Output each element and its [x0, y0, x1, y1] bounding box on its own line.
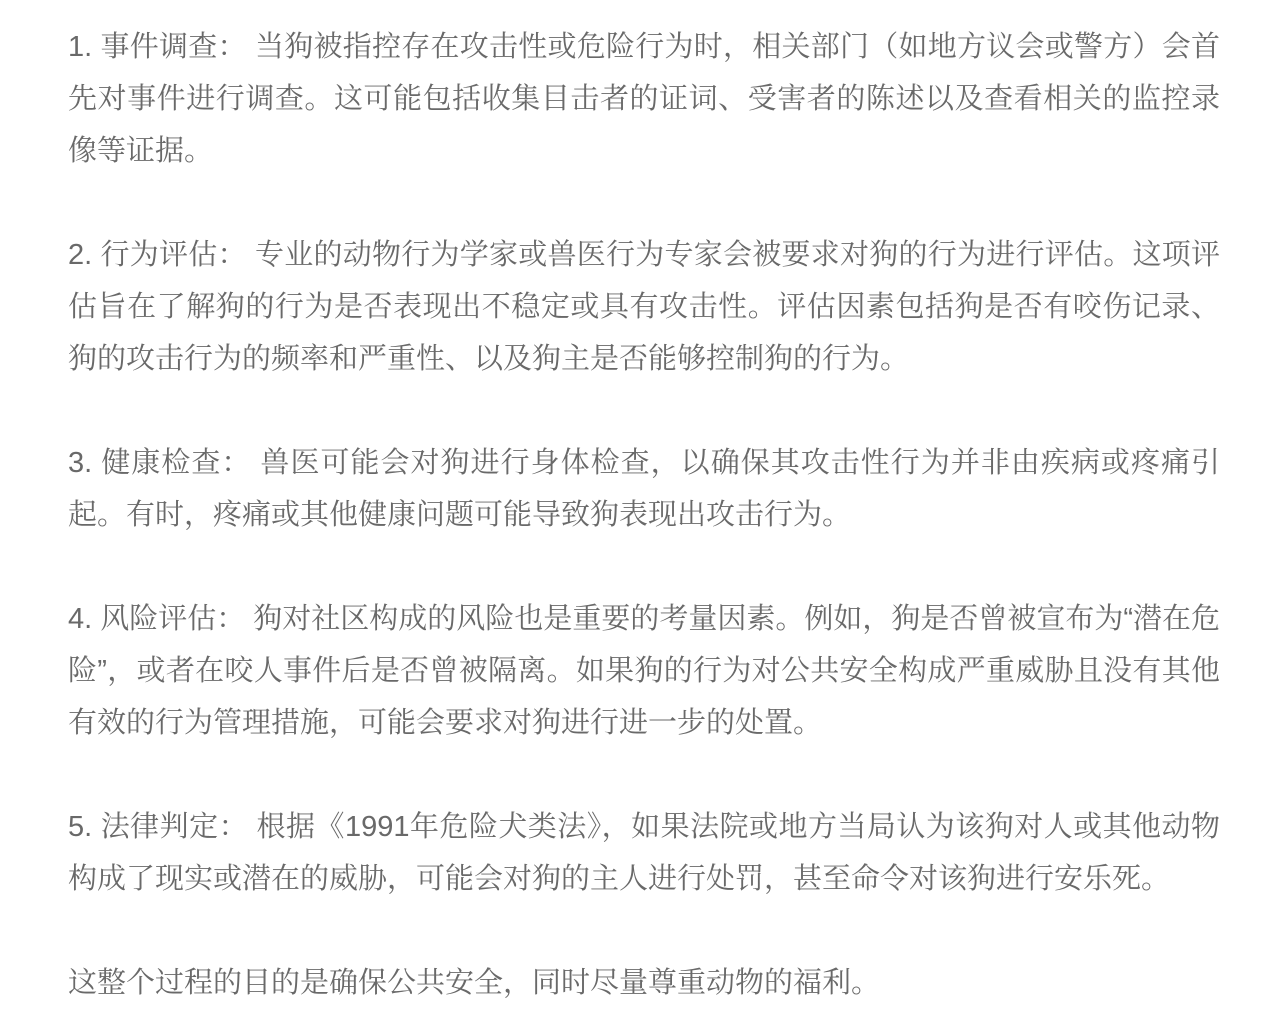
- numbered-item-3-health-check: 3. 健康检查： 兽医可能会对狗进行身体检查，以确保其攻击性行为并非由疾病或疼痛…: [68, 437, 1220, 541]
- closing-paragraph: 这整个过程的目的是确保公共安全，同时尽量尊重动物的福利。: [68, 957, 1220, 1009]
- numbered-item-4-risk-assessment: 4. 风险评估： 狗对社区构成的风险也是重要的考量因素。例如，狗是否曾被宣布为“…: [68, 593, 1220, 749]
- numbered-item-2-behavior-assessment: 2. 行为评估： 专业的动物行为学家或兽医行为专家会被要求对狗的行为进行评估。这…: [68, 229, 1220, 385]
- document-page: 1. 事件调查： 当狗被指控存在攻击性或危险行为时，相关部门（如地方议会或警方）…: [0, 0, 1267, 1019]
- numbered-item-5-legal-determination: 5. 法律判定： 根据《1991年危险犬类法》，如果法院或地方当局认为该狗对人或…: [68, 801, 1220, 905]
- numbered-item-1-incident-investigation: 1. 事件调查： 当狗被指控存在攻击性或危险行为时，相关部门（如地方议会或警方）…: [68, 21, 1220, 177]
